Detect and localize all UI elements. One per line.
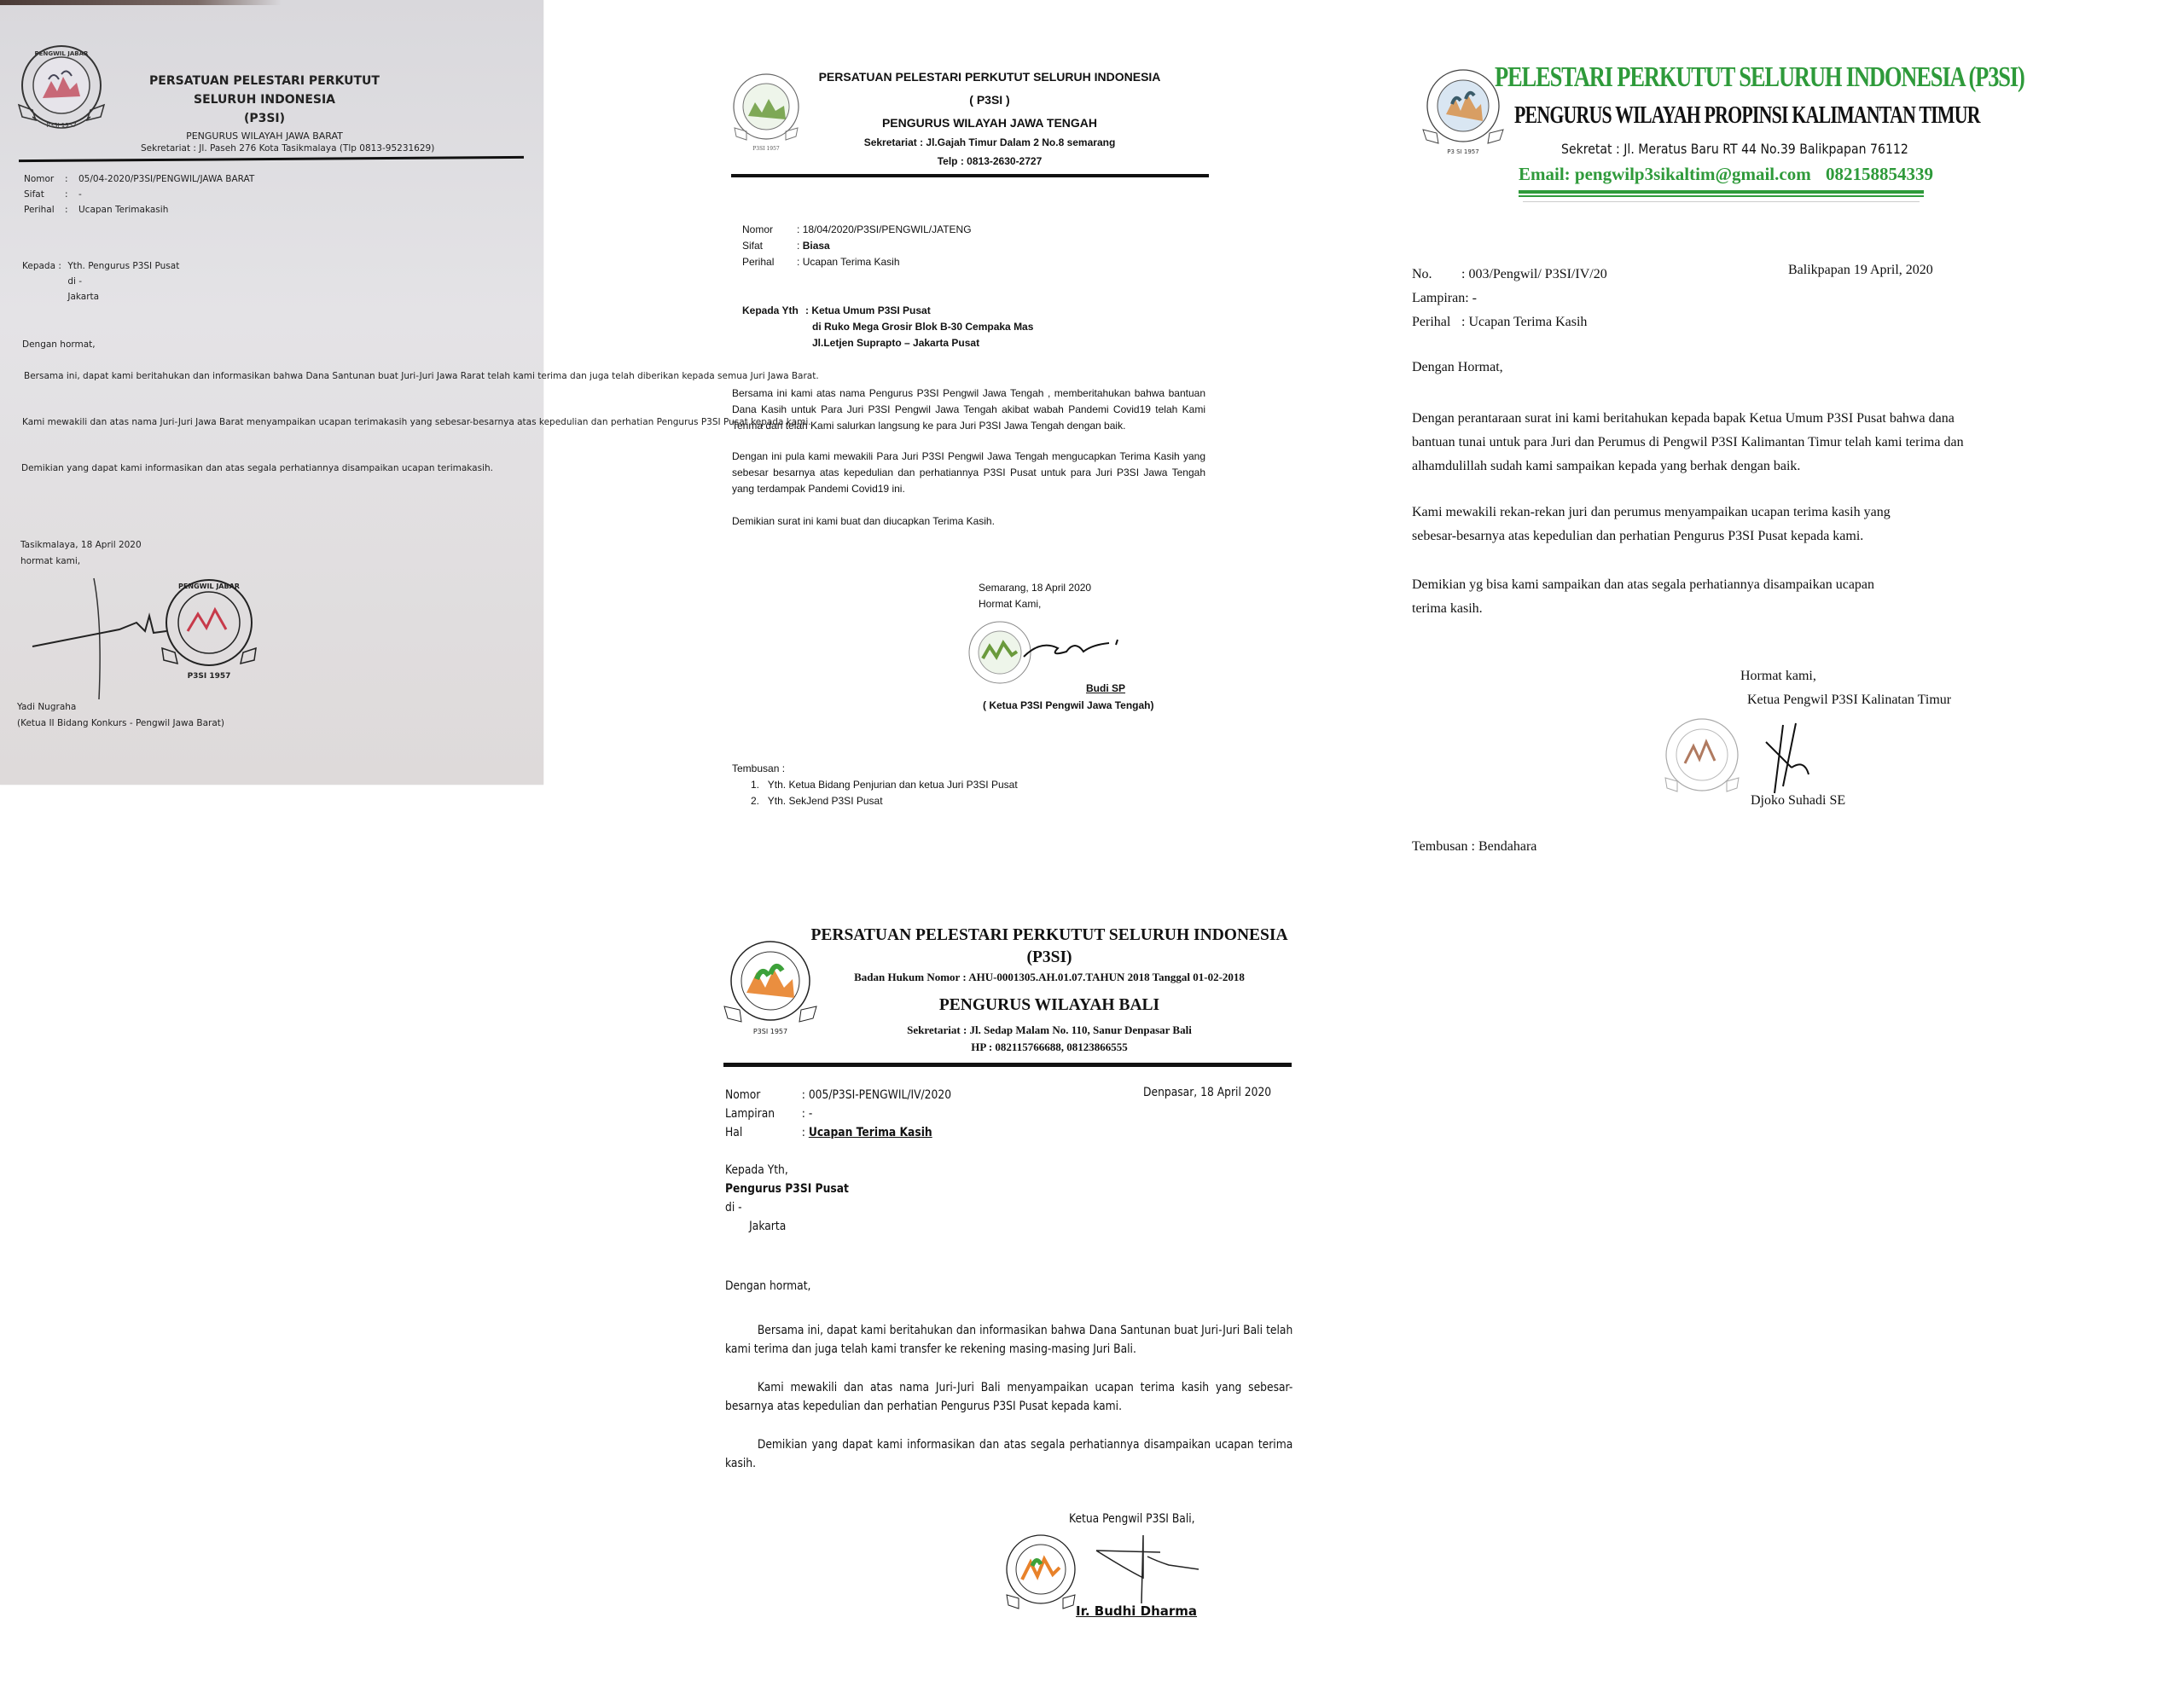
- signature-and-stamp-icon: [964, 614, 1186, 691]
- svg-text:PENGWIL JABAR: PENGWIL JABAR: [35, 50, 90, 57]
- p3si-bali-logo-icon: P3SI 1957: [719, 931, 822, 1042]
- salutation: Dengan hormat,: [725, 1279, 810, 1293]
- org-abbr: (P3SI): [810, 948, 1288, 967]
- phone: 082158854339: [1826, 164, 1933, 185]
- p3si-jabar-logo-icon: PENGWIL JABAR P3SI 1957: [10, 38, 113, 141]
- paragraph: Bersama ini kami atas nama Pengurus P3SI…: [732, 386, 1205, 434]
- cc-block: Tembusan : Bendahara: [1412, 839, 1536, 855]
- header-rule: [19, 156, 524, 162]
- division: PENGURUS WILAYAH PROPINSI KALIMANTAN TIM…: [1514, 102, 1980, 130]
- signer-name: Djoko Suhadi SE: [1751, 793, 1845, 809]
- letter-meta: Nomor: 18/04/2020/P3SI/PENGWIL/JATENG Si…: [742, 222, 972, 270]
- paragraph: Demikian yang dapat kami informasikan da…: [725, 1435, 1292, 1473]
- signer-name: Budi SP: [1086, 682, 1125, 694]
- org-name: PERSATUAN PELESTARI PERKUTUT SELURUH IND…: [119, 72, 409, 128]
- svg-text:P3SI 1957: P3SI 1957: [46, 122, 76, 129]
- salutation: Dengan Hormat,: [1412, 360, 1503, 375]
- signer-name: Ir. Budhi Dharma: [1076, 1603, 1197, 1619]
- org-name: PERSATUAN PELESTARI PERKUTUT SELURUH IND…: [810, 926, 1288, 945]
- letter-meta: Nomor: 005/P3SI-PENGWIL/IV/2020 Lampiran…: [725, 1086, 951, 1142]
- secretariat: Sekretat : Jl. Meratus Baru RT 44 No.39 …: [1561, 141, 1908, 157]
- header-rule: [723, 1063, 1292, 1067]
- letter-jawa-barat: PENGWIL JABAR P3SI 1957 PERSATUAN PELEST…: [0, 0, 543, 785]
- svg-text:P3 SI 1957: P3 SI 1957: [1447, 148, 1478, 155]
- header-rule: [1519, 195, 1924, 197]
- phone: Telp : 0813-2630-2727: [793, 155, 1186, 167]
- svg-text:PENGWIL JABAR: PENGWIL JABAR: [178, 583, 240, 590]
- signature-and-stamp-icon: PENGWIL JABAR P3SI 1957: [17, 563, 290, 699]
- paragraph: Kami mewakili dan atas nama Juri-Juri Ja…: [22, 415, 466, 431]
- paragraph: Kami mewakili rekan-rekan juri dan perum…: [1412, 501, 1915, 548]
- signer: Yadi Nugraha (Ketua II Bidang Konkurs - …: [17, 699, 224, 732]
- division: PENGURUS WILAYAH JAWA TENGAH: [793, 116, 1186, 130]
- closing: Hormat kami,: [1740, 669, 1816, 684]
- paragraph: Dengan perantaraan surat ini kami berita…: [1412, 407, 1984, 478]
- org-name: PELESTARI PERKUTUT SELURUH INDONESIA (P3…: [1495, 61, 2024, 94]
- svg-text:P3SI 1957: P3SI 1957: [753, 1028, 787, 1035]
- division: PENGURUS WILAYAH BALI: [810, 996, 1288, 1015]
- place-date-closing: Semarang, 18 April 2020 Hormat Kami,: [979, 580, 1091, 612]
- paragraph: Demikian surat ini kami buat dan diucapk…: [732, 513, 1205, 530]
- phone: HP : 082115766688, 08123866555: [810, 1041, 1288, 1054]
- org-name: PERSATUAN PELESTARI PERKUTUT SELURUH IND…: [793, 70, 1186, 84]
- signer-title: ( Ketua P3SI Pengwil Jawa Tengah): [983, 699, 1154, 711]
- paragraph: Bersama ini, dapat kami beritahukan dan …: [725, 1321, 1292, 1359]
- paragraph: Demikian yang dapat kami informasikan da…: [21, 461, 465, 477]
- svg-text:P3SI 1957: P3SI 1957: [752, 146, 780, 152]
- paragraph: Kami mewakili dan atas nama Juri-Juri Ba…: [725, 1378, 1292, 1416]
- svg-text:P3SI 1957: P3SI 1957: [188, 672, 231, 681]
- recipient-block: Kepada Yth, Pengurus P3SI Pusat di - Jak…: [725, 1161, 849, 1236]
- recipient-block: Kepada Yth: Ketua Umum P3SI Pusat di Ruk…: [742, 303, 1033, 351]
- secretariat: Sekretariat : Jl. Sedap Malam No. 110, S…: [810, 1023, 1288, 1037]
- signer-title: Ketua Pengwil P3SI Kalinatan Timur: [1747, 693, 1951, 708]
- paragraph: Demikian yg bisa kami sampaikan dan atas…: [1412, 573, 1898, 621]
- paragraph: Dengan ini pula kami mewakili Para Juri …: [732, 449, 1205, 497]
- header-rule: [1523, 201, 1920, 202]
- letter-meta: Nomor:05/04-2020/P3SI/PENGWIL/JAWA BARAT…: [24, 171, 254, 217]
- cc-block: Tembusan : 1. Yth. Ketua Bidang Penjuria…: [732, 761, 1018, 809]
- secretariat: Sekretariat : Jl.Gajah Timur Dalam 2 No.…: [793, 136, 1186, 148]
- place-date: Denpasar, 18 April 2020: [1143, 1086, 1271, 1099]
- header-rule: [1519, 190, 1924, 194]
- salutation: Dengan hormat,: [22, 339, 96, 350]
- secretariat: Sekretariat : Jl. Paseh 276 Kota Tasikma…: [141, 143, 434, 154]
- letter-meta: No.: 003/Pengwil/ P3SI/IV/20 Lampiran: -…: [1412, 263, 1607, 334]
- photo-edge: [0, 0, 282, 5]
- division: PENGURUS WILAYAH JAWA BARAT: [119, 130, 409, 142]
- email: Email: pengwilp3sikaltim@gmail.com: [1519, 164, 1811, 185]
- header-rule: [731, 174, 1209, 177]
- org-abbr: ( P3SI ): [793, 93, 1186, 107]
- paragraph: Bersama ini, dapat kami beritahukan dan …: [24, 368, 468, 385]
- place-date: Balikpapan 19 April, 2020: [1788, 263, 1933, 278]
- recipient-block: Kepada : Yth. Pengurus P3SI Pusat di - J…: [22, 258, 179, 304]
- legal-number: Badan Hukum Nomor : AHU-0001305.AH.01.07…: [810, 971, 1288, 984]
